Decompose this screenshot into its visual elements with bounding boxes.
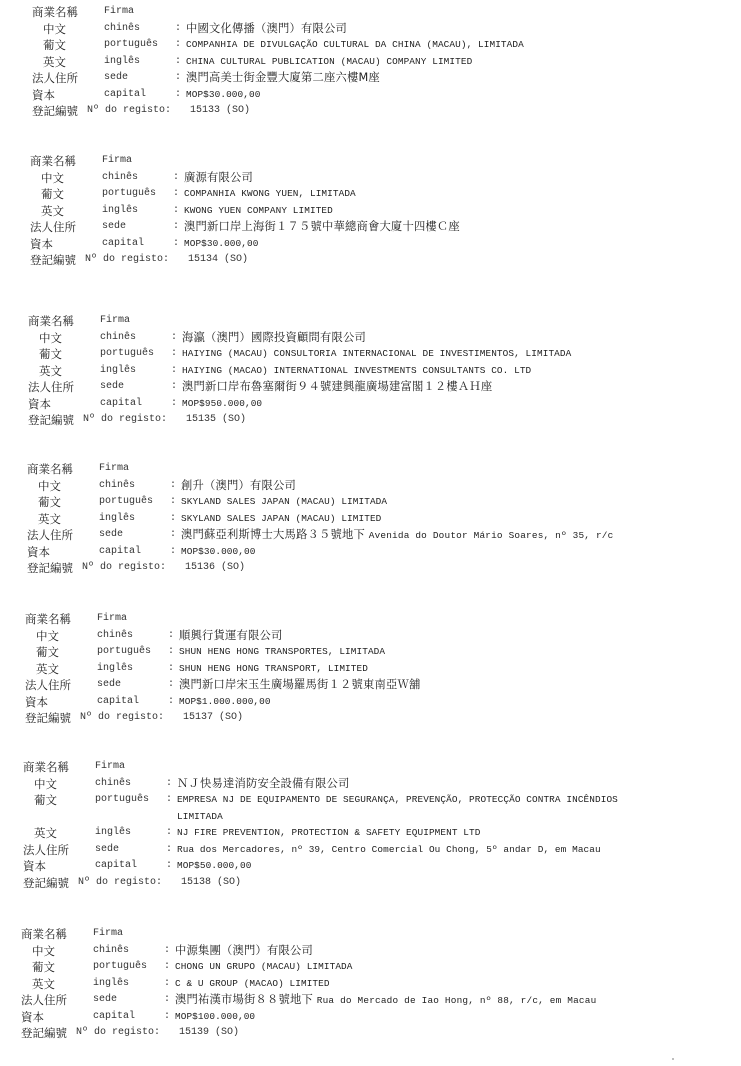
colon: : (175, 87, 181, 104)
capital-value: MOP$30.000,00 (181, 544, 255, 561)
registo-label-pt: Nº do registo: (83, 412, 167, 429)
portugues-label-pt: português (97, 644, 151, 661)
chines-label-pt: chinês (95, 776, 131, 793)
capital-label-zh: 資本 (21, 1009, 44, 1026)
sede-label-zh: 法人住所 (32, 70, 78, 87)
sede-label-zh: 法人住所 (23, 842, 69, 859)
chinese-name: 海瀛（澳門）國際投資顧問有限公司 (182, 330, 366, 347)
portuguese-name: COMPANHIA DE DIVULGAÇÃO CULTURAL DA CHIN… (186, 37, 524, 54)
firma-label-pt: Firma (100, 313, 130, 330)
firma-label-pt: Firma (104, 4, 134, 21)
address-pt: Rua dos Mercadores, nº 39, Centro Comerc… (177, 842, 601, 859)
portugues-label-zh: 葡文 (41, 186, 64, 203)
capital-label-pt: capital (93, 1009, 135, 1026)
portuguese-name: SKYLAND SALES JAPAN (MACAU) LIMITADA (181, 494, 387, 511)
sede-label-pt: sede (99, 527, 123, 544)
portuguese-name: COMPANHIA KWONG YUEN, LIMITADA (184, 186, 356, 203)
colon: : (166, 825, 172, 842)
address: 澳門高美士街金豐大廈第二座六樓M座 (186, 70, 380, 87)
chines-label-zh: 中文 (38, 478, 61, 495)
portugues-label-pt: português (104, 37, 158, 54)
sede-label-pt: sede (104, 70, 128, 87)
registo-number: 15136 (SO) (185, 560, 245, 577)
sede-label-zh: 法人住所 (27, 527, 73, 544)
capital-label-pt: capital (95, 858, 137, 875)
registry-entry-15139: 商業名稱Firma 中文chinês:中源集團（澳門）有限公司 葡文portug… (21, 926, 741, 1042)
capital-value: MOP$30.000,00 (184, 236, 258, 253)
chines-label-pt: chinês (97, 628, 133, 645)
portugues-label-zh: 葡文 (34, 792, 57, 809)
firma-label-zh: 商業名稱 (21, 926, 67, 943)
sede-label-zh: 法人住所 (28, 379, 74, 396)
capital-value: MOP$100.000,00 (175, 1009, 255, 1026)
colon: : (166, 858, 172, 875)
chinese-name: 順興行貨運有限公司 (179, 628, 282, 645)
chinese-name: ＮＪ快易達消防安全設備有限公司 (177, 776, 349, 793)
colon: : (170, 478, 176, 495)
portugues-label-pt: português (100, 346, 154, 363)
registry-entry-15138: 商業名稱Firma 中文chinês:ＮＪ快易達消防安全設備有限公司 葡文por… (23, 759, 741, 891)
sede-label-pt: sede (97, 677, 121, 694)
colon: : (171, 346, 177, 363)
firma-label-pt: Firma (97, 611, 127, 628)
capital-label-zh: 資本 (25, 694, 48, 711)
address: 澳門祐漢市場街８８號地下 Rua do Mercado de Iao Hong,… (175, 992, 596, 1010)
colon: : (175, 54, 181, 71)
ingles-label-zh: 英文 (39, 363, 62, 380)
registry-entry-15136: 商業名稱Firma 中文chinês:創升（澳門）有限公司 葡文portuguê… (27, 461, 741, 577)
address-zh: 澳門新口岸布魯塞爾街９４號建興龍廣場建富閣１２樓ＡＨ座 (182, 380, 492, 393)
firma-label-pt: Firma (99, 461, 129, 478)
capital-label-pt: capital (104, 87, 146, 104)
chines-label-pt: chinês (100, 330, 136, 347)
registo-label-zh: 登記編號 (23, 875, 69, 892)
colon: : (170, 527, 176, 544)
capital-label-zh: 資本 (27, 544, 50, 561)
chines-label-zh: 中文 (39, 330, 62, 347)
sede-label-pt: sede (95, 842, 119, 859)
colon: : (171, 330, 177, 347)
ingles-label-pt: inglês (99, 511, 135, 528)
colon: : (164, 976, 170, 993)
ingles-label-zh: 英文 (34, 825, 57, 842)
registo-label-zh: 登記編號 (30, 252, 76, 269)
colon: : (164, 959, 170, 976)
colon: : (168, 677, 174, 694)
colon: : (173, 203, 179, 220)
firma-label-zh: 商業名稱 (32, 4, 78, 21)
ingles-label-zh: 英文 (32, 976, 55, 993)
portugues-label-pt: português (99, 494, 153, 511)
sede-label-pt: sede (102, 219, 126, 236)
english-name: HAIYING (MACAO) INTERNATIONAL INVESTMENT… (182, 363, 531, 380)
sede-label-pt: sede (93, 992, 117, 1009)
address-pt: Avenida do Doutor Mário Soares, nº 35, r… (369, 530, 614, 541)
firma-label-zh: 商業名稱 (28, 313, 74, 330)
registry-entry-15134: 商業名稱Firma 中文chinês:廣源有限公司 葡文português:CO… (30, 153, 741, 269)
chines-label-zh: 中文 (34, 776, 57, 793)
chines-label-zh: 中文 (32, 943, 55, 960)
colon: : (168, 628, 174, 645)
registo-number: 15133 (SO) (190, 103, 250, 120)
colon: : (166, 776, 172, 793)
ingles-label-pt: inglês (97, 661, 133, 678)
capital-value: MOP$50.000,00 (177, 858, 251, 875)
registo-label-zh: 登記編號 (28, 412, 74, 429)
colon: : (173, 236, 179, 253)
colon: : (164, 943, 170, 960)
chines-label-pt: chinês (102, 170, 138, 187)
colon: : (171, 379, 177, 396)
capital-label-zh: 資本 (30, 236, 53, 253)
colon: : (173, 170, 179, 187)
colon: : (175, 21, 181, 38)
registry-entry-15133: 商業名稱Firma 中文chinês:中國文化傳播（澳門）有限公司 葡文port… (32, 4, 741, 120)
registo-label-zh: 登記編號 (32, 103, 78, 120)
address-zh: 澳門蘇亞利斯博士大馬路３５號地下 (181, 528, 365, 541)
colon: : (175, 37, 181, 54)
colon: : (164, 992, 170, 1009)
address: 澳門新口岸布魯塞爾街９４號建興龍廣場建富閣１２樓ＡＨ座 (182, 379, 492, 396)
colon: : (171, 396, 177, 413)
chines-label-pt: chinês (99, 478, 135, 495)
portuguese-name: EMPRESA NJ DE EQUIPAMENTO DE SEGURANÇA, … (177, 792, 618, 809)
registo-number: 15134 (SO) (188, 252, 248, 269)
portugues-label-zh: 葡文 (43, 37, 66, 54)
firma-label-zh: 商業名稱 (30, 153, 76, 170)
registry-entry-15137: 商業名稱Firma 中文chinês:順興行貨運有限公司 葡文português… (25, 611, 741, 727)
sede-label-pt: sede (100, 379, 124, 396)
colon: : (173, 186, 179, 203)
address-zh: 澳門高美士街金豐大廈第二座六樓M座 (186, 71, 380, 84)
colon: : (175, 70, 181, 87)
registo-number: 15139 (SO) (179, 1025, 239, 1042)
capital-label-pt: capital (99, 544, 141, 561)
registo-number: 15138 (SO) (181, 875, 241, 892)
portugues-label-pt: português (95, 792, 149, 809)
colon: : (170, 544, 176, 561)
chinese-name: 中源集團（澳門）有限公司 (175, 943, 313, 960)
address-pt: Rua do Mercado de Iao Hong, nº 88, r/c, … (317, 995, 597, 1006)
chines-label-pt: chinês (104, 21, 140, 38)
portugues-label-pt: português (102, 186, 156, 203)
sede-label-zh: 法人住所 (21, 992, 67, 1009)
capital-label-pt: capital (97, 694, 139, 711)
portuguese-name: CHONG UN GRUPO (MACAU) LIMITADA (175, 959, 353, 976)
scan-speck (672, 1058, 674, 1060)
registo-number: 15135 (SO) (186, 412, 246, 429)
firma-label-pt: Firma (102, 153, 132, 170)
registo-label-pt: Nº do registo: (87, 103, 171, 120)
chines-label-zh: 中文 (41, 170, 64, 187)
portuguese-name-continued: LIMITADA (177, 809, 223, 826)
ingles-label-pt: inglês (102, 203, 138, 220)
ingles-label-zh: 英文 (41, 203, 64, 220)
firma-label-zh: 商業名稱 (25, 611, 71, 628)
chines-label-zh: 中文 (43, 21, 66, 38)
registo-label-zh: 登記編號 (27, 560, 73, 577)
registo-label-pt: Nº do registo: (76, 1025, 160, 1042)
ingles-label-zh: 英文 (36, 661, 59, 678)
chinese-name: 中國文化傳播（澳門）有限公司 (186, 21, 347, 38)
capital-value: MOP$30.000,00 (186, 87, 260, 104)
colon: : (170, 494, 176, 511)
registo-label-pt: Nº do registo: (82, 560, 166, 577)
ingles-label-zh: 英文 (38, 511, 61, 528)
registo-number: 15137 (SO) (183, 710, 243, 727)
chinese-name: 創升（澳門）有限公司 (181, 478, 296, 495)
capital-label-pt: capital (100, 396, 142, 413)
colon: : (166, 792, 172, 809)
colon: : (168, 644, 174, 661)
english-name: CHINA CULTURAL PUBLICATION (MACAU) COMPA… (186, 54, 472, 71)
portugues-label-zh: 葡文 (32, 959, 55, 976)
address-zh: 澳門祐漢市場街８８號地下 (175, 993, 313, 1006)
ingles-label-pt: inglês (95, 825, 131, 842)
english-name: NJ FIRE PREVENTION, PROTECTION & SAFETY … (177, 825, 480, 842)
firma-label-zh: 商業名稱 (27, 461, 73, 478)
colon: : (166, 842, 172, 859)
ingles-label-pt: inglês (93, 976, 129, 993)
colon: : (164, 1009, 170, 1026)
registo-label-pt: Nº do registo: (80, 710, 164, 727)
firma-label-pt: Firma (95, 759, 125, 776)
colon: : (168, 694, 174, 711)
address-zh: 澳門新口岸上海街１７５號中華總商會大廈十四樓Ｃ座 (184, 220, 460, 233)
registo-label-zh: 登記編號 (25, 710, 71, 727)
registo-label-zh: 登記編號 (21, 1025, 67, 1042)
portugues-label-zh: 葡文 (36, 644, 59, 661)
portuguese-name: HAIYING (MACAU) CONSULTORIA INTERNACIONA… (182, 346, 571, 363)
address: 澳門蘇亞利斯博士大馬路３５號地下 Avenida do Doutor Mário… (181, 527, 613, 545)
portugues-label-zh: 葡文 (38, 494, 61, 511)
english-name: SHUN HENG HONG TRANSPORT, LIMITED (179, 661, 368, 678)
registo-label-pt: Nº do registo: (85, 252, 169, 269)
colon: : (171, 363, 177, 380)
portugues-label-zh: 葡文 (39, 346, 62, 363)
address-zh: 澳門新口岸宋玉生廣場羅馬街１２號東南亞Ｗ舖 (179, 678, 420, 691)
capital-label-pt: capital (102, 236, 144, 253)
capital-label-zh: 資本 (28, 396, 51, 413)
ingles-label-zh: 英文 (43, 54, 66, 71)
chines-label-zh: 中文 (36, 628, 59, 645)
sede-label-zh: 法人住所 (25, 677, 71, 694)
colon: : (168, 661, 174, 678)
capital-value: MOP$1.000.000,00 (179, 694, 271, 711)
ingles-label-pt: inglês (100, 363, 136, 380)
capital-label-zh: 資本 (23, 858, 46, 875)
capital-label-zh: 資本 (32, 87, 55, 104)
chinese-name: 廣源有限公司 (184, 170, 253, 187)
registo-label-pt: Nº do registo: (78, 875, 162, 892)
english-name: KWONG YUEN COMPANY LIMITED (184, 203, 333, 220)
sede-label-zh: 法人住所 (30, 219, 76, 236)
portuguese-name: SHUN HENG HONG TRANSPORTES, LIMITADA (179, 644, 385, 661)
chines-label-pt: chinês (93, 943, 129, 960)
address: 澳門新口岸上海街１７５號中華總商會大廈十四樓Ｃ座 (184, 219, 460, 236)
firma-label-zh: 商業名稱 (23, 759, 69, 776)
firma-label-pt: Firma (93, 926, 123, 943)
capital-value: MOP$950.000,00 (182, 396, 262, 413)
english-name: C & U GROUP (MACAO) LIMITED (175, 976, 330, 993)
ingles-label-pt: inglês (104, 54, 140, 71)
registry-entry-15135: 商業名稱Firma 中文chinês:海瀛（澳門）國際投資顧問有限公司 葡文po… (28, 313, 741, 429)
portugues-label-pt: português (93, 959, 147, 976)
colon: : (173, 219, 179, 236)
english-name: SKYLAND SALES JAPAN (MACAU) LIMITED (181, 511, 381, 528)
address: 澳門新口岸宋玉生廣場羅馬街１２號東南亞Ｗ舖 (179, 677, 420, 694)
colon: : (170, 511, 176, 528)
